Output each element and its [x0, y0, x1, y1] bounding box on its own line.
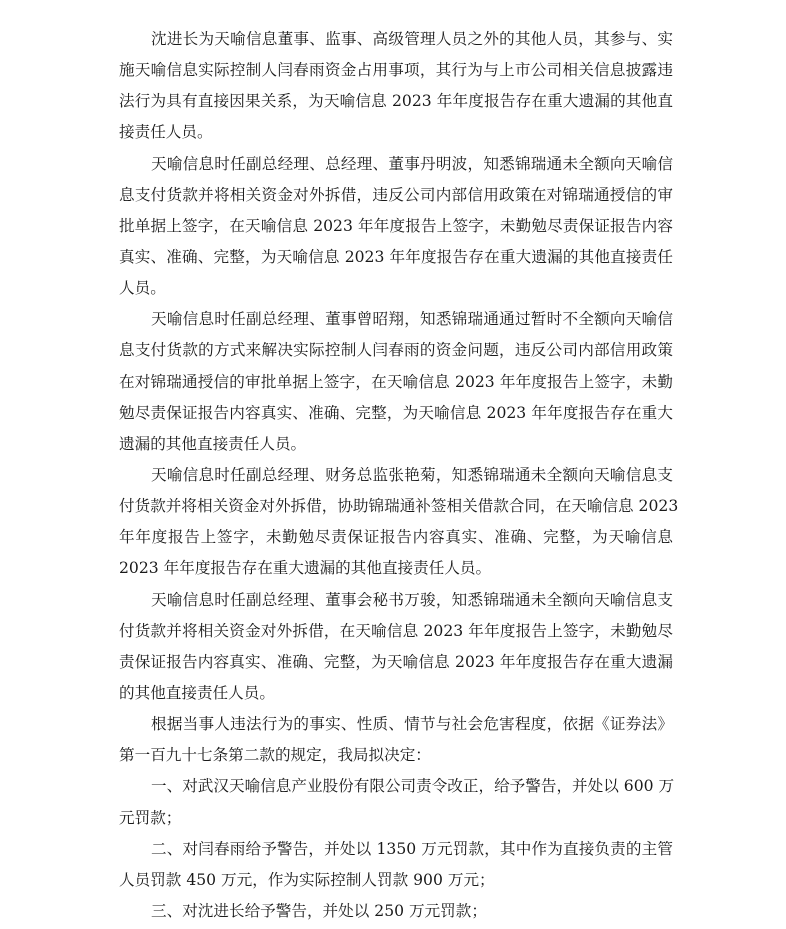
text-line: 在对锦瑞通授信的审批单据上签字，在天喻信息 2023 年年度报告上签字，未勤 [119, 367, 673, 398]
text-line: 付货款并将相关资金对外拆借，协助锦瑞通补签相关借款合同，在天喻信息 2023 [119, 491, 673, 522]
text-line: 勉尽责保证报告内容真实、准确、完整，为天喻信息 2023 年年度报告存在重大 [119, 398, 673, 429]
text-line: 人员罚款 450 万元，作为实际控制人罚款 900 万元； [119, 865, 673, 896]
paragraph-decision-3: 三、对沈进长给予警告，并处以 250 万元罚款； [119, 896, 673, 927]
text-line: 息支付货款的方式来解决实际控制人闫春雨的资金问题，违反公司内部信用政策 [119, 335, 673, 366]
paragraph-decision-1: 一、对武汉天喻信息产业股份有限公司责令改正，给予警告，并处以 600 万 元罚款… [119, 771, 673, 833]
paragraph-zeng-zhaoxiang: 天喻信息时任副总经理、董事曾昭翔，知悉锦瑞通通过暂时不全额向天喻信 息支付货款的… [119, 304, 673, 460]
text-line: 法行为具有直接因果关系，为天喻信息 2023 年年度报告存在重大遗漏的其他直 [119, 86, 673, 117]
text-line: 元罚款； [119, 803, 673, 834]
text-line: 施天喻信息实际控制人闫春雨资金占用事项，其行为与上市公司相关信息披露违 [119, 55, 673, 86]
text-line: 遗漏的其他直接责任人员。 [119, 429, 673, 460]
text-line: 2023 年年度报告存在重大遗漏的其他直接责任人员。 [119, 553, 673, 584]
text-line: 的其他直接责任人员。 [119, 678, 673, 709]
text-line: 第一百九十七条第二款的规定，我局拟决定： [119, 740, 673, 771]
text-line: 根据当事人违法行为的事实、性质、情节与社会危害程度，依据《证券法》 [119, 709, 673, 740]
text-line: 责保证报告内容真实、准确、完整，为天喻信息 2023 年年度报告存在重大遗漏 [119, 647, 673, 678]
text-line: 天喻信息时任副总经理、总经理、董事丹明波，知悉锦瑞通未全额向天喻信 [119, 149, 673, 180]
text-line: 天喻信息时任副总经理、财务总监张艳菊，知悉锦瑞通未全额向天喻信息支 [119, 460, 673, 491]
text-line: 息支付货款并将相关资金对外拆借，违反公司内部信用政策在对锦瑞通授信的审 [119, 180, 673, 211]
text-line: 天喻信息时任副总经理、董事会秘书万骏，知悉锦瑞通未全额向天喻信息支 [119, 585, 673, 616]
paragraph-shen-jinchang: 沈进长为天喻信息董事、监事、高级管理人员之外的其他人员，其参与、实 施天喻信息实… [119, 24, 673, 149]
paragraph-decision-2: 二、对闫春雨给予警告，并处以 1350 万元罚款，其中作为直接负责的主管 人员罚… [119, 834, 673, 896]
text-line: 批单据上签字，在天喻信息 2023 年年度报告上签字，未勤勉尽责保证报告内容 [119, 211, 673, 242]
paragraph-legal-basis: 根据当事人违法行为的事实、性质、情节与社会危害程度，依据《证券法》 第一百九十七… [119, 709, 673, 771]
paragraph-wan-jun: 天喻信息时任副总经理、董事会秘书万骏，知悉锦瑞通未全额向天喻信息支 付货款并将相… [119, 585, 673, 710]
text-line: 人员。 [119, 273, 673, 304]
text-line: 接责任人员。 [119, 117, 673, 148]
paragraph-dan-mingbo: 天喻信息时任副总经理、总经理、董事丹明波，知悉锦瑞通未全额向天喻信 息支付货款并… [119, 149, 673, 305]
document-page: 沈进长为天喻信息董事、监事、高级管理人员之外的其他人员，其参与、实 施天喻信息实… [119, 24, 673, 927]
text-line: 二、对闫春雨给予警告，并处以 1350 万元罚款，其中作为直接负责的主管 [119, 834, 673, 865]
paragraph-zhang-yanju: 天喻信息时任副总经理、财务总监张艳菊，知悉锦瑞通未全额向天喻信息支 付货款并将相… [119, 460, 673, 585]
text-line: 一、对武汉天喻信息产业股份有限公司责令改正，给予警告，并处以 600 万 [119, 771, 673, 802]
text-line: 真实、准确、完整，为天喻信息 2023 年年度报告存在重大遗漏的其他直接责任 [119, 242, 673, 273]
text-line: 天喻信息时任副总经理、董事曾昭翔，知悉锦瑞通通过暂时不全额向天喻信 [119, 304, 673, 335]
text-line: 三、对沈进长给予警告，并处以 250 万元罚款； [119, 896, 673, 927]
text-line: 付货款并将相关资金对外拆借，在天喻信息 2023 年年度报告上签字，未勤勉尽 [119, 616, 673, 647]
text-line: 沈进长为天喻信息董事、监事、高级管理人员之外的其他人员，其参与、实 [119, 24, 673, 55]
text-line: 年年度报告上签字，未勤勉尽责保证报告内容真实、准确、完整，为天喻信息 [119, 522, 673, 553]
